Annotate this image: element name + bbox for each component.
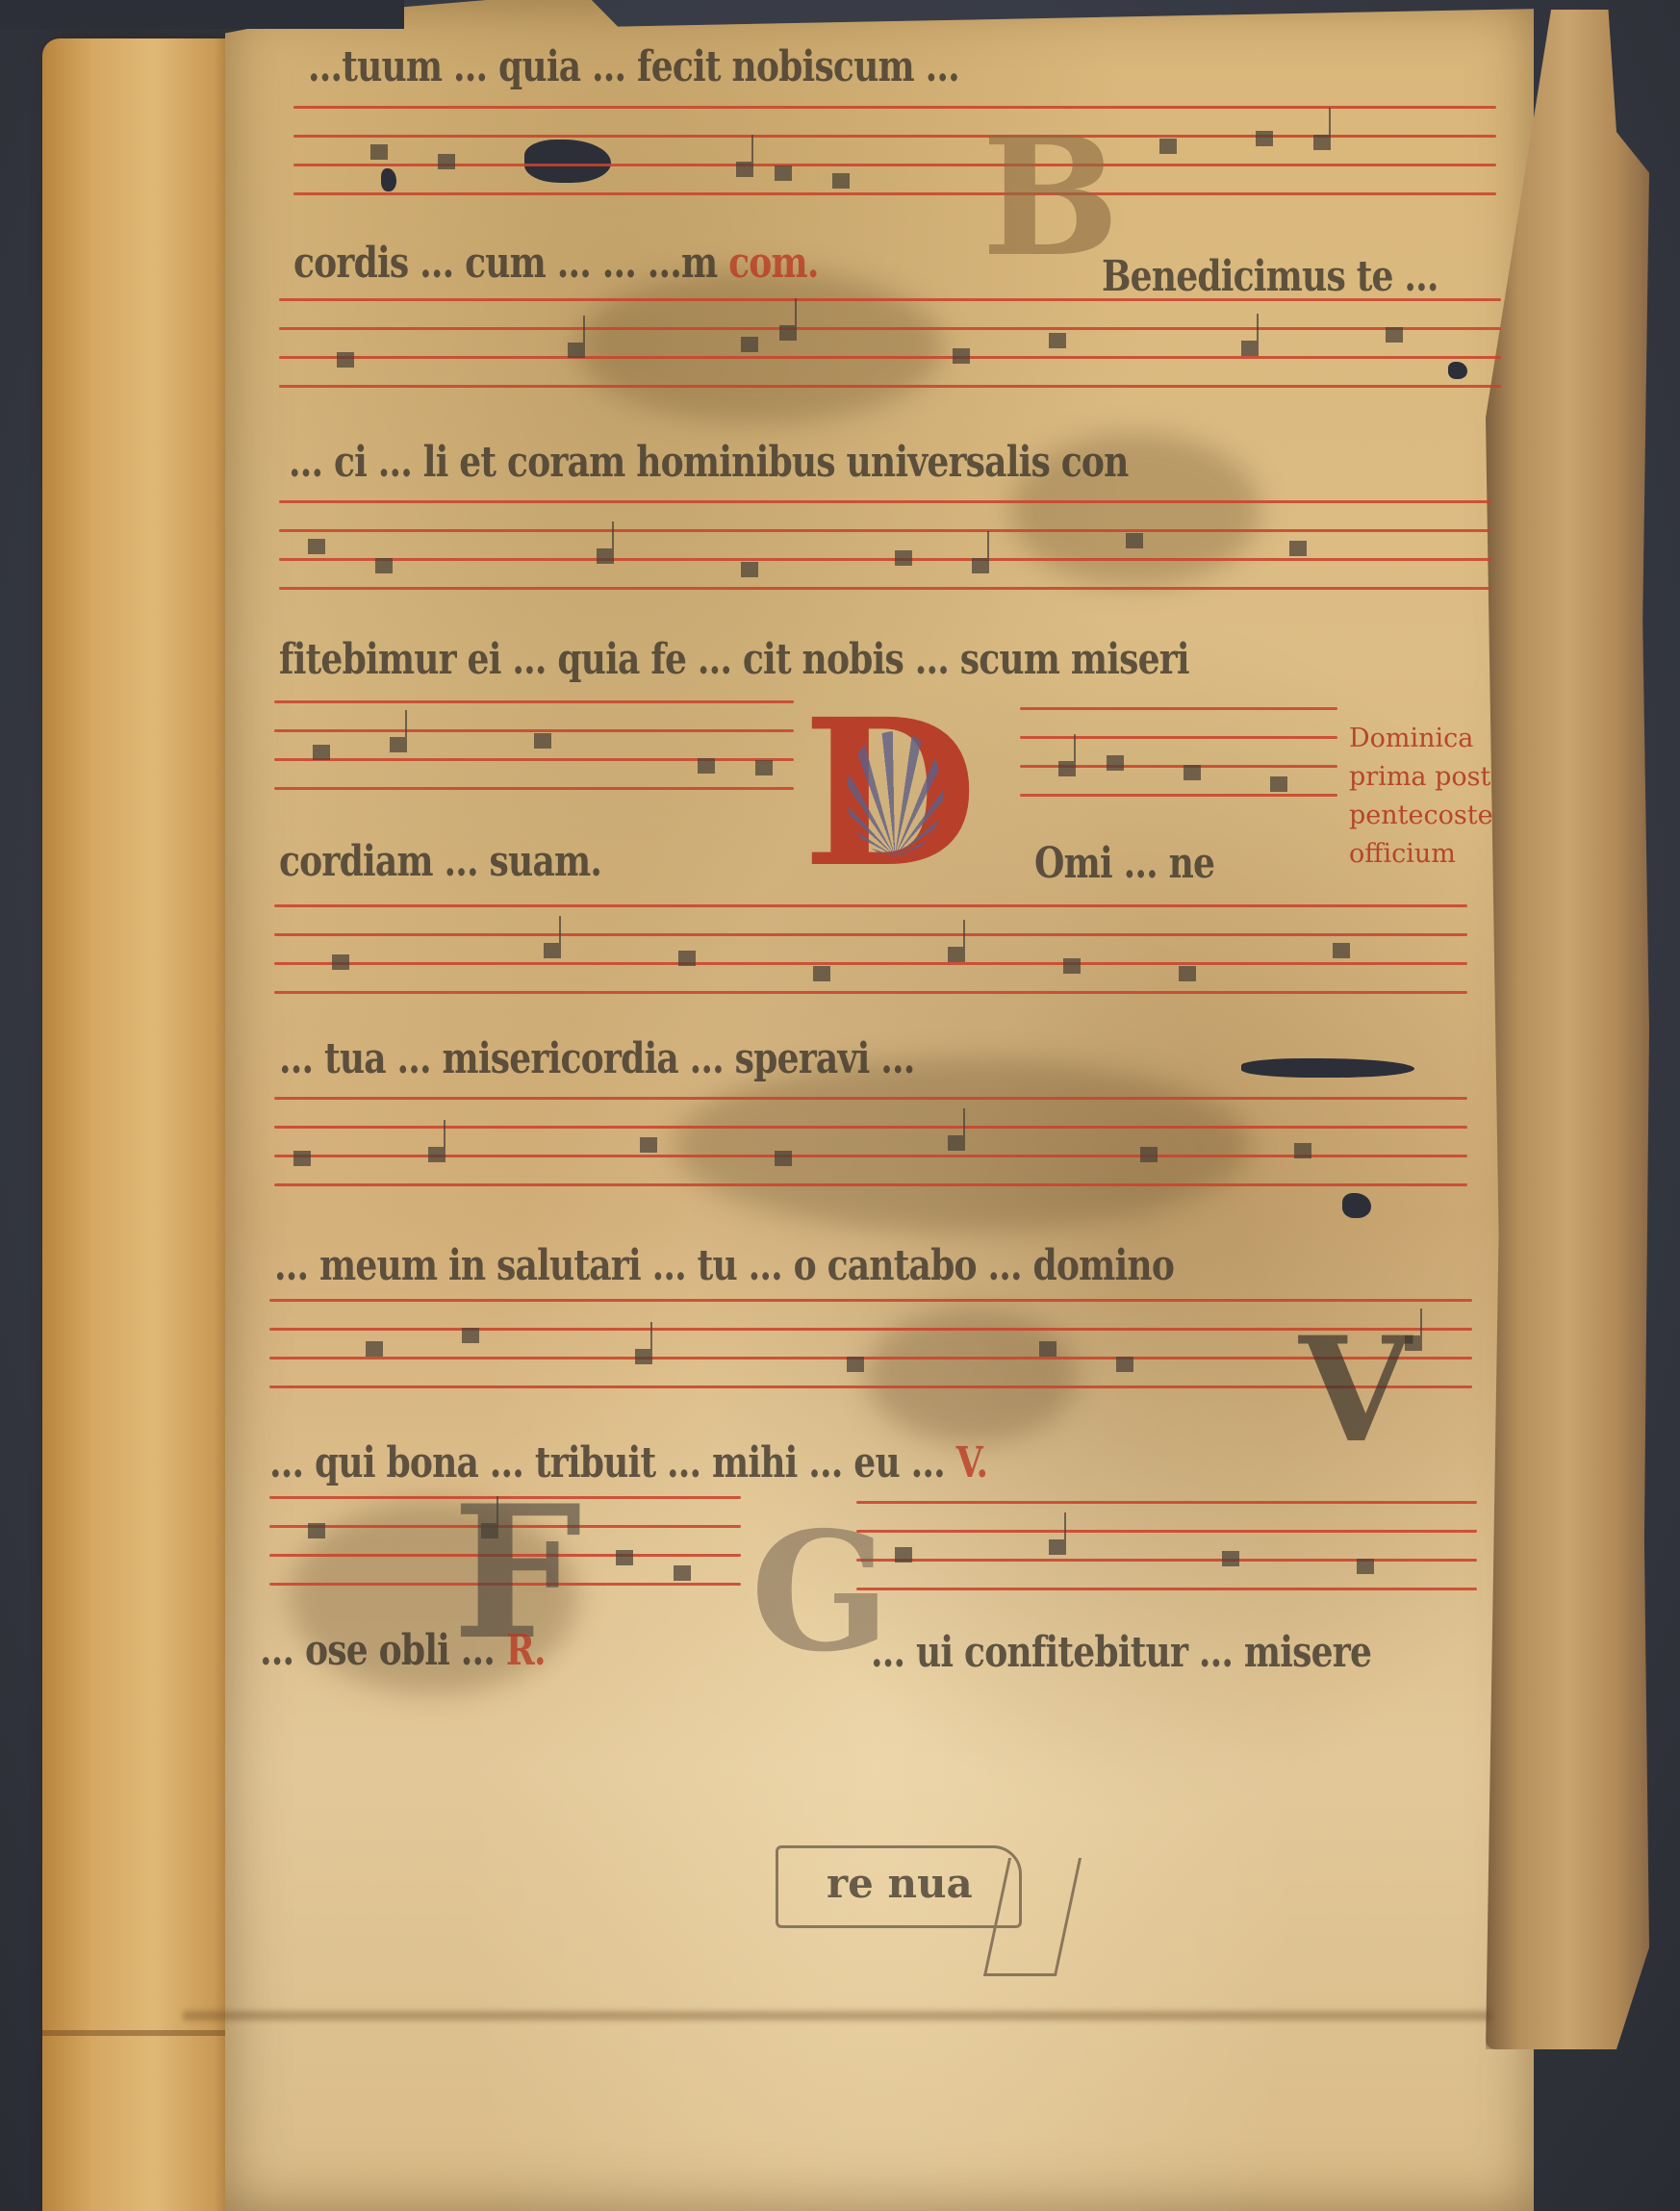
left-curled-margin: [42, 38, 244, 2211]
initial-B: B: [981, 115, 1087, 279]
text-line: Benedicimus te …: [1102, 252, 1438, 301]
rubric-line: officium: [1349, 835, 1493, 874]
music-staff: [1020, 707, 1337, 800]
music-staff: [293, 106, 1496, 198]
marginal-rubric: Dominica prima post pentecoste officium: [1349, 720, 1493, 874]
right-curled-margin: [1486, 10, 1649, 2049]
text-line: fitebimur ei … quia fe … cit nobis … scu…: [279, 635, 1189, 684]
initial-G: G: [751, 1511, 856, 1684]
text-line: Omi … ne: [1034, 839, 1214, 888]
music-staff: [274, 700, 794, 793]
music-staff: [279, 298, 1501, 391]
worm-hole: [1342, 1193, 1371, 1218]
music-staff: [274, 904, 1467, 997]
music-staff: [274, 1097, 1467, 1189]
catchword-text: re nua: [827, 1860, 973, 1907]
text-line: … ui confitebitur … misere: [871, 1628, 1371, 1677]
text-line: … ose obli … R.: [260, 1626, 546, 1675]
rubric-line: pentecoste: [1349, 797, 1493, 835]
initial-V: V: [1299, 1318, 1395, 1462]
text-line: …tuum … quia … fecit nobiscum …: [308, 42, 959, 91]
music-staff: [856, 1501, 1477, 1593]
text-line: cordis … cum … … …m com.: [293, 239, 819, 288]
worm-hole: [1241, 1058, 1414, 1078]
text-line: … qui bona … tribuit … mihi … eu … V.: [269, 1438, 987, 1487]
text-line: … ci … li et coram hominibus universalis…: [289, 438, 1129, 487]
music-staff: [269, 1299, 1472, 1391]
rubric-line: prima post: [1349, 758, 1493, 797]
fold-crease: [183, 2011, 1491, 2020]
decorated-initial-D: D: [779, 693, 1001, 885]
text-line: … meum in salutari … tu … o cantabo … do…: [274, 1241, 1174, 1290]
torn-edge: [0, 0, 404, 29]
fold-crease: [42, 2030, 244, 2036]
music-staff: [279, 500, 1491, 593]
text-line: … tua … misericordia … speravi …: [279, 1034, 914, 1083]
text-line: cordiam … suam.: [279, 837, 601, 886]
rubric-line: Dominica: [1349, 720, 1493, 758]
catchword-scroll: re nua: [776, 1845, 1022, 1928]
filigree-penwork: [847, 731, 943, 856]
